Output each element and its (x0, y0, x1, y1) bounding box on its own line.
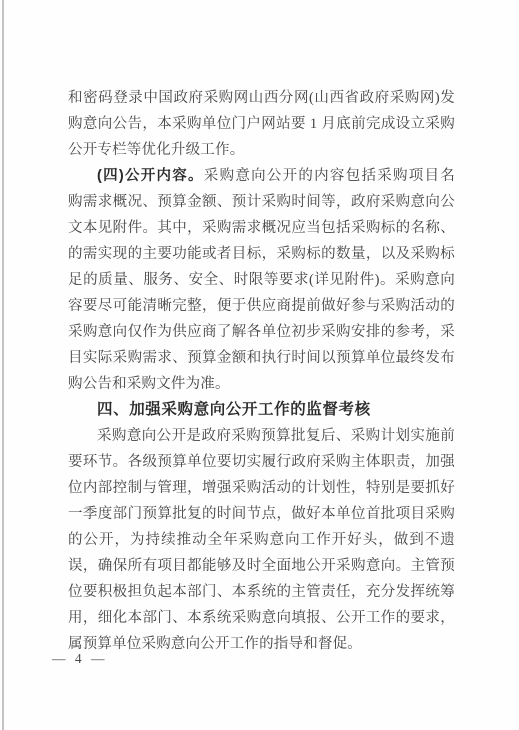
line-text: 属预算单位采购意向公开工作的指导和督促。 (68, 636, 362, 652)
document-line: 足的质量、服务、安全、时限等要求(详见附件)。采购意向公开内 (68, 267, 455, 293)
line-text: 和密码登录中国政府采购网山西分网(山西省政府采购网)发布采 (68, 90, 455, 111)
document-line: 四、加强采购意向公开工作的监督考核 (68, 397, 455, 423)
line-text: 公开专栏等优化升级工作。 (68, 142, 244, 158)
line-text: 的需实现的主要功能或者目标，采购标的数量，以及采购标的需满 (68, 246, 455, 267)
document-line: 和密码登录中国政府采购网山西分网(山西省政府采购网)发布采 (68, 85, 455, 111)
document-line: 的需实现的主要功能或者目标，采购标的数量，以及采购标的需满 (68, 241, 455, 267)
line-bold-prefix: (四)公开内容。 (97, 168, 204, 184)
line-text: 用，细化本部门、本系统采购意向填报、公开工作的要求，加强对所 (68, 610, 455, 631)
line-text: 误，确保所有项目都能够及时全面地公开采购意向。主管预算单 (68, 558, 455, 579)
line-text: 位要积极担负起本部门、本系统的主管责任，充分发挥统筹协调作 (68, 584, 455, 605)
document-line: 误，确保所有项目都能够及时全面地公开采购意向。主管预算单 (68, 553, 455, 579)
document-line: (四)公开内容。采购意向公开的内容包括采购项目名称、采 (68, 163, 455, 189)
line-text: 文本见附件。其中，采购需求概况应当包括采购标的名称、采购标 (68, 220, 455, 241)
document-line: 文本见附件。其中，采购需求概况应当包括采购标的名称、采购标 (68, 215, 455, 241)
line-text: 要环节。各级预算单位要切实履行政府采购主体职责，加强本单 (68, 454, 455, 475)
document-line: 容要尽可能清晰完整，便于供应商提前做好参与采购活动的准备。 (68, 293, 455, 319)
document-line: 采购意向公开是政府采购预算批复后、采购计划实施前的必 (68, 423, 455, 449)
document-line: 属预算单位采购意向公开工作的指导和督促。 (68, 631, 455, 657)
document-line: 一季度部门预算批复的时间节点，做好本单位首批项目采购意向 (68, 501, 455, 527)
document-page: 和密码登录中国政府采购网山西分网(山西省政府采购网)发布采购意向公告，本采购单位… (0, 0, 519, 730)
document-line: 位内部控制与管理，增强采购活动的计划性，特别是要抓好今年第 (68, 475, 455, 501)
document-line: 购公告和采购文件为准。 (68, 371, 455, 397)
line-text: 采购意向仅作为供应商了解各单位初步采购安排的参考，采购项 (68, 324, 455, 345)
document-body: 和密码登录中国政府采购网山西分网(山西省政府采购网)发布采购意向公告，本采购单位… (68, 85, 455, 657)
line-text: 采购意向公开是政府采购预算批复后、采购计划实施前的必 (68, 428, 455, 449)
document-line: 购意向公告，本采购单位门户网站要 1 月底前完成设立采购意向 (68, 111, 455, 137)
line-text: 目实际采购需求、预算金额和执行时间以预算单位最终发布的采 (68, 350, 455, 371)
line-text: 四、加强采购意向公开工作的监督考核 (97, 401, 371, 418)
line-text: 一季度部门预算批复的时间节点，做好本单位首批项目采购意向 (68, 506, 455, 527)
line-text: 足的质量、服务、安全、时限等要求(详见附件)。采购意向公开内 (68, 272, 455, 293)
document-line: 公开专栏等优化升级工作。 (68, 137, 455, 163)
document-line: 用，细化本部门、本系统采购意向填报、公开工作的要求，加强对所 (68, 605, 455, 631)
line-text: 的公开，为持续推动全年采购意向工作开好头，做到不遗漏、不延 (68, 532, 455, 553)
line-text: 购需求概况、预算金额、预计采购时间等，政府采购意向公开参考 (68, 194, 455, 215)
document-line: 要环节。各级预算单位要切实履行政府采购主体职责，加强本单 (68, 449, 455, 475)
scan-edge-line (2, 0, 4, 730)
document-line: 购需求概况、预算金额、预计采购时间等，政府采购意向公开参考 (68, 189, 455, 215)
document-line: 目实际采购需求、预算金额和执行时间以预算单位最终发布的采 (68, 345, 455, 371)
line-text: 购公告和采购文件为准。 (68, 376, 230, 392)
page-number: — 4 — (52, 649, 108, 669)
line-text: 位内部控制与管理，增强采购活动的计划性，特别是要抓好今年第 (68, 480, 455, 501)
line-text: 购意向公告，本采购单位门户网站要 1 月底前完成设立采购意向 (68, 116, 455, 137)
document-line: 采购意向仅作为供应商了解各单位初步采购安排的参考，采购项 (68, 319, 455, 345)
line-text: 容要尽可能清晰完整，便于供应商提前做好参与采购活动的准备。 (68, 298, 455, 319)
document-line: 的公开，为持续推动全年采购意向工作开好头，做到不遗漏、不延 (68, 527, 455, 553)
document-line: 位要积极担负起本部门、本系统的主管责任，充分发挥统筹协调作 (68, 579, 455, 605)
